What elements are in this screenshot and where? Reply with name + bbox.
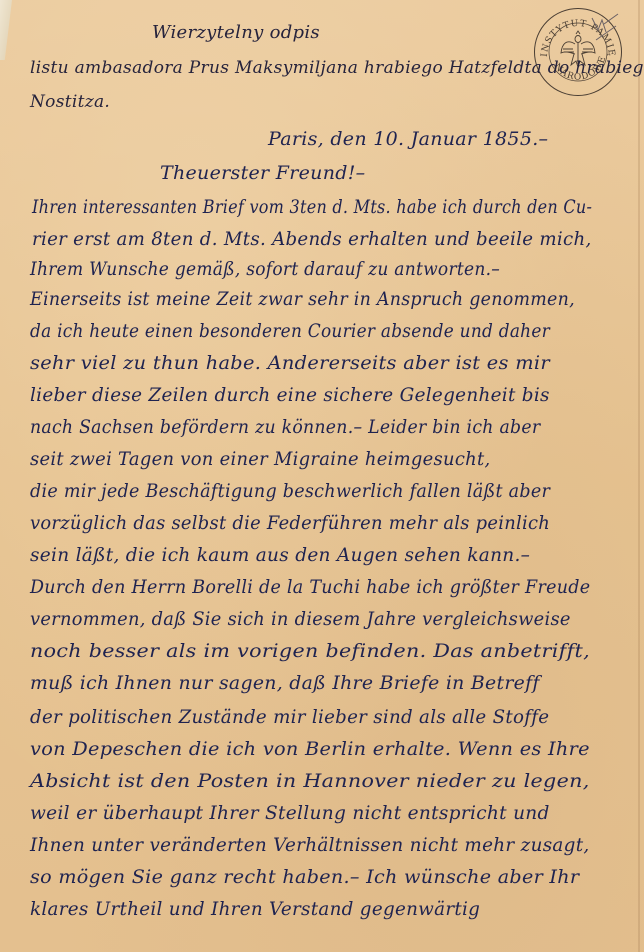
letter-line: sehr viel zu thun habe. Andererseits abe… [30, 352, 550, 374]
letter-line: der politischen Zustände mir lieber sind… [30, 706, 549, 728]
pencil-mark [590, 10, 620, 50]
letter-line: von Depeschen die ich von Berlin erhalte… [30, 738, 590, 760]
letter-line: so mögen Sie ganz recht haben.– Ich wüns… [30, 866, 579, 888]
letter-line: die mir jede Beschäftigung beschwerlich … [30, 480, 550, 502]
paper-fold-line [638, 0, 640, 952]
letter-line: Durch den Herrn Borelli de la Tuchi habe… [30, 576, 590, 598]
letter-salutation: Theuerster Freund!– [160, 162, 365, 184]
letter-dateline: Paris, den 10. Januar 1855.– [268, 128, 548, 150]
letter-line: vernommen, daß Sie sich in diesem Jahre … [30, 608, 571, 630]
letter-line: Absicht ist den Posten in Hannover niede… [30, 770, 590, 792]
letter-line: sein läßt, die ich kaum aus den Augen se… [30, 544, 530, 566]
document-subtitle-line-2: Nostitza. [30, 92, 110, 112]
letter-line: noch besser als im vorigen befinden. Das… [30, 640, 590, 662]
letter-line: rier erst am 8ten d. Mts. Abends erhalte… [32, 228, 592, 250]
letter-line: Einerseits ist meine Zeit zwar sehr in A… [30, 288, 575, 310]
letter-line: Ihrem Wunsche gemäß, sofort darauf zu an… [30, 258, 500, 280]
letter-line: vorzüglich das selbst die Federführen me… [30, 512, 550, 534]
document-subtitle-line-1: listu ambasadora Prus Maksymiljana hrabi… [30, 58, 644, 78]
letter-line: muß ich Ihnen nur sagen, daß Ihre Briefe… [30, 672, 540, 694]
letter-line: nach Sachsen befördern zu können.– Leide… [30, 416, 540, 438]
letter-line: klares Urtheil und Ihren Verstand gegenw… [30, 898, 480, 920]
letter-line: seit zwei Tagen von einer Migraine heimg… [30, 448, 490, 470]
letter-line: lieber diese Zeilen durch eine sichere G… [30, 384, 550, 406]
letter-line: weil er überhaupt Ihrer Stellung nicht e… [30, 802, 550, 824]
document-title: Wierzytelny odpis [152, 22, 320, 43]
letter-line: Ihnen unter veränderten Verhältnissen ni… [30, 834, 590, 856]
letter-line: da ich heute einen besonderen Courier ab… [30, 320, 550, 342]
letter-line: Ihren interessanten Brief vom 3ten d. Mt… [32, 196, 592, 218]
